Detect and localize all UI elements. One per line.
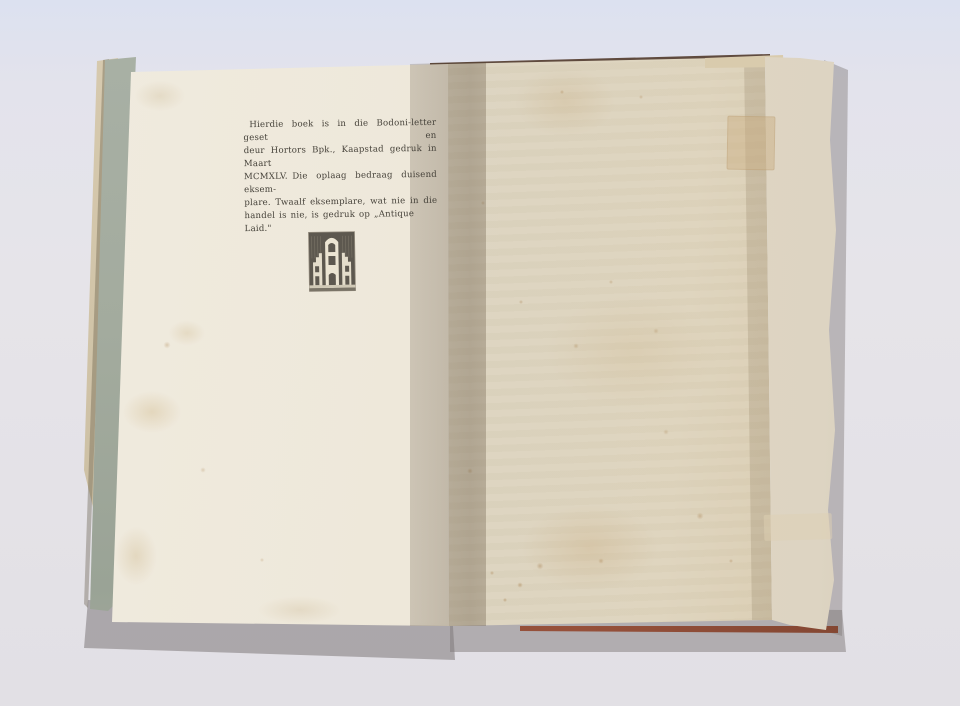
tape-residue [727, 116, 776, 171]
printer-mark-icon [305, 228, 358, 297]
colophon-line: MCMXLV. Die oplaag bedraag duisend eksem… [244, 169, 437, 197]
photo-of-open-book: Hierdie boek is in die Bodoni-letter ges… [0, 0, 960, 706]
tape-residue [764, 513, 833, 541]
colophon-line: Hierdie boek is in die Bodoni-letter ges… [243, 117, 436, 145]
colophon-text: Hierdie boek is in die Bodoni-letter ges… [243, 117, 437, 236]
colophon-line: deur Hortors Bpk., Kaapstad gedruk in Ma… [244, 143, 437, 171]
